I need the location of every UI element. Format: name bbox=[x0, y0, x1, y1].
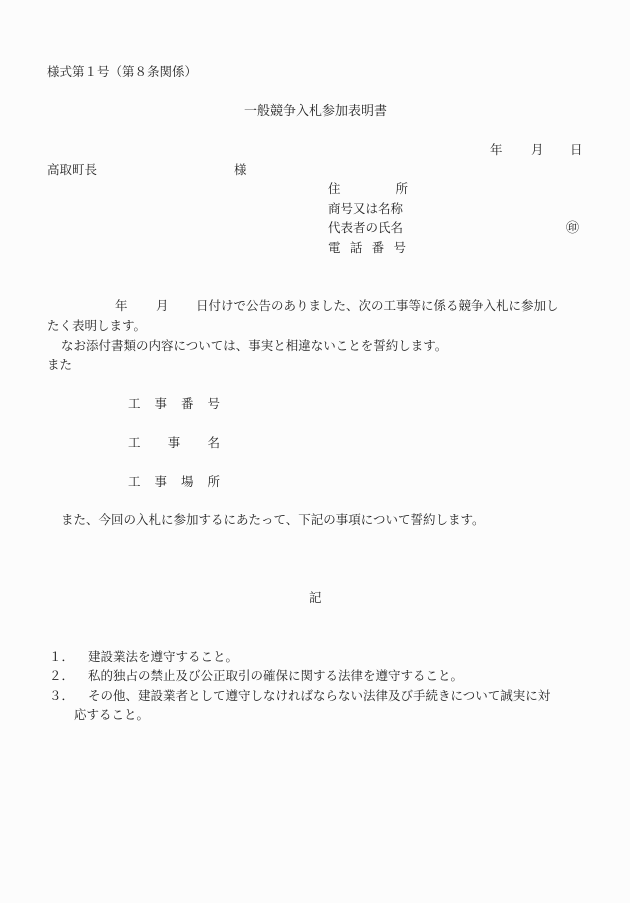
address-label-char: 所 bbox=[395, 183, 408, 196]
ki-heading: 記 bbox=[309, 592, 322, 605]
work-location-char: 場 bbox=[181, 476, 194, 489]
seal-mark-icon: ㊞ bbox=[566, 222, 579, 235]
work-number-char: 工 bbox=[128, 398, 141, 411]
body-line4-text: また bbox=[47, 359, 72, 372]
phone-label-char: 話 bbox=[350, 242, 363, 255]
body-line1-year: 年 bbox=[115, 300, 128, 313]
phone-label-char: 番 bbox=[372, 242, 385, 255]
work-location-label: 工 事 場 所 bbox=[128, 476, 220, 489]
pledge-item-3-number: ３． bbox=[49, 690, 74, 703]
pledge-item-2-number: ２． bbox=[49, 670, 74, 683]
work-number-char: 号 bbox=[207, 398, 220, 411]
work-name-char: 事 bbox=[168, 437, 181, 450]
work-name-label: 工 事 名 bbox=[128, 437, 220, 450]
form-number-label: 様式第１号（第８条関係） bbox=[47, 66, 197, 79]
work-location-char: 所 bbox=[207, 476, 220, 489]
addressee-name: 高取町長 bbox=[47, 164, 97, 177]
work-name-char: 工 bbox=[128, 437, 141, 450]
work-number-label: 工 事 番 号 bbox=[128, 398, 220, 411]
phone-label: 電 話 番 号 bbox=[328, 242, 406, 255]
work-name-char: 名 bbox=[207, 437, 220, 450]
pledge-item-1-number: １． bbox=[49, 651, 74, 664]
representative-label: 代表者の氏名 bbox=[328, 222, 403, 235]
body-line2-text: たく表明します。 bbox=[47, 320, 146, 333]
phone-label-char: 号 bbox=[393, 242, 406, 255]
work-location-char: 工 bbox=[128, 476, 141, 489]
phone-label-char: 電 bbox=[328, 242, 341, 255]
pledge-intro-text: また、今回の入札に参加するにあたって、下記の事項について誓約します。 bbox=[61, 514, 485, 527]
address-label: 住 所 bbox=[328, 183, 408, 196]
pledge-item-3-continuation: 応すること。 bbox=[74, 709, 149, 722]
document-title: 一般競争入札参加表明書 bbox=[244, 105, 387, 118]
pledge-item-2-text: 私的独占の禁止及び公正取引の確保に関する法律を遵守すること。 bbox=[88, 670, 463, 683]
body-line1-text: 日付けで公告のありました、次の工事等に係る競争入札に参加し bbox=[196, 300, 559, 313]
address-label-char: 住 bbox=[328, 183, 341, 196]
work-number-char: 事 bbox=[154, 398, 167, 411]
date-month-label: 月 bbox=[531, 144, 544, 157]
work-number-char: 番 bbox=[181, 398, 194, 411]
body-line1-month: 月 bbox=[156, 300, 169, 313]
company-name-label: 商号又は名称 bbox=[328, 203, 403, 216]
pledge-item-3-text: その他、建設業者として遵守しなければならない法律及び手続きについて誠実に対 bbox=[88, 690, 550, 703]
body-line3-text: なお添付書類の内容については、事実と相違ないことを誓約します。 bbox=[61, 340, 447, 353]
addressee-honorific: 様 bbox=[234, 164, 247, 177]
work-location-char: 事 bbox=[154, 476, 167, 489]
date-day-label: 日 bbox=[570, 144, 583, 157]
pledge-item-1-text: 建設業法を遵守すること。 bbox=[88, 651, 238, 664]
date-year-label: 年 bbox=[490, 144, 503, 157]
